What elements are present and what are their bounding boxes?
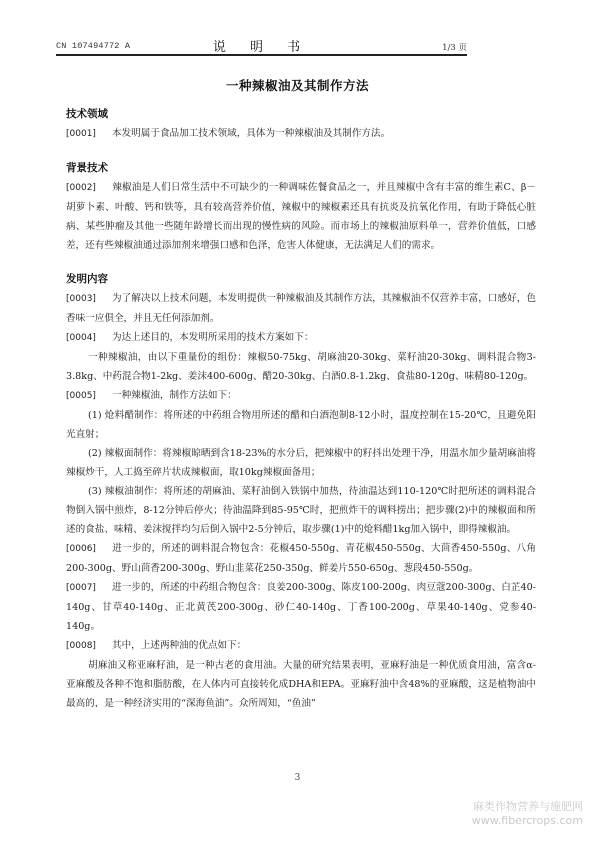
document-type: 说 明 书 [56, 36, 467, 55]
paragraph-0004-body: 一种辣椒油，由以下重量份的组份：辣椒50-75kg、胡麻油20-30kg、菜籽油… [66, 348, 536, 386]
paragraph-number: [0007] [66, 579, 112, 598]
paragraph-number: [0001] [66, 125, 112, 144]
paragraph-0007: [0007]进一步的，所述的中药组合物包含：良姜200-300g、陈皮100-2… [66, 578, 536, 636]
section-heading-tech-field: 技术领域 [66, 108, 536, 121]
paragraph-0005: [0005]一种辣椒油，制作方法如下： [66, 386, 536, 406]
paragraph-0006: [0006]进一步的，所述的调料混合物包含：花椒450-550g、青花椒450-… [66, 539, 536, 578]
section-heading-invention: 发明内容 [66, 273, 536, 286]
paragraph-number: [0005] [66, 387, 112, 406]
watermark-url: www.fibercrops.com [472, 814, 583, 828]
paragraph-0001: [0001]本发明属于食品加工技术领域，具体为一种辣椒油及其制作方法。 [66, 124, 536, 144]
document-title: 一种辣椒油及其制作方法 [0, 76, 595, 94]
paragraph-0004: [0004]为达上述目的，本发明所采用的技术方案如下： [66, 328, 536, 348]
watermark-site-name: 麻类作物营养与施肥网 [472, 800, 583, 814]
paragraph-number: [0004] [66, 329, 112, 348]
paragraph-number: [0006] [66, 540, 112, 559]
paragraph-0002: [0002]辣椒油是人们日常生活中不可缺少的一种调味佐餐食品之一，并且辣椒中含有… [66, 178, 536, 255]
step-1: (1) 炝料醋制作：将所述的中药组合物用所述的醋和白酒泡制8-12小时，温度控制… [66, 406, 536, 444]
paragraph-0003: [0003]为了解决以上技术问题，本发明提供一种辣椒油及其制作方法，其辣椒油不仅… [66, 289, 536, 328]
page-indicator: 1/3 页 [442, 41, 467, 53]
step-2: (2) 辣椒面制作：将辣椒晾晒到含18-23%的水分后，把辣椒中的籽抖出处理干净… [66, 444, 536, 482]
section-heading-background: 背景技术 [66, 162, 536, 175]
header-rule [56, 54, 467, 56]
page-header: CN 107494772 A 说 明 书 1/3 页 [56, 38, 467, 55]
paragraph-0008: [0008]其中，上述两种油的优点如下： [66, 636, 536, 656]
paragraph-0008-body: 胡麻油又称亚麻籽油，是一种古老的食用油。大量的研究结果表明，亚麻籽油是一种优质食… [66, 656, 536, 713]
document-body: 技术领域 [0001]本发明属于食品加工技术领域，具体为一种辣椒油及其制作方法。… [66, 108, 536, 713]
step-3: (3) 辣椒油制作：将所述的胡麻油、菜籽油倒入铁锅中加热，待油温达到110-12… [66, 482, 536, 539]
page-number: 3 [0, 773, 595, 783]
paragraph-number: [0003] [66, 290, 112, 309]
paragraph-number: [0008] [66, 637, 112, 656]
paragraph-number: [0002] [66, 179, 112, 198]
watermark: 麻类作物营养与施肥网 www.fibercrops.com [472, 800, 583, 828]
